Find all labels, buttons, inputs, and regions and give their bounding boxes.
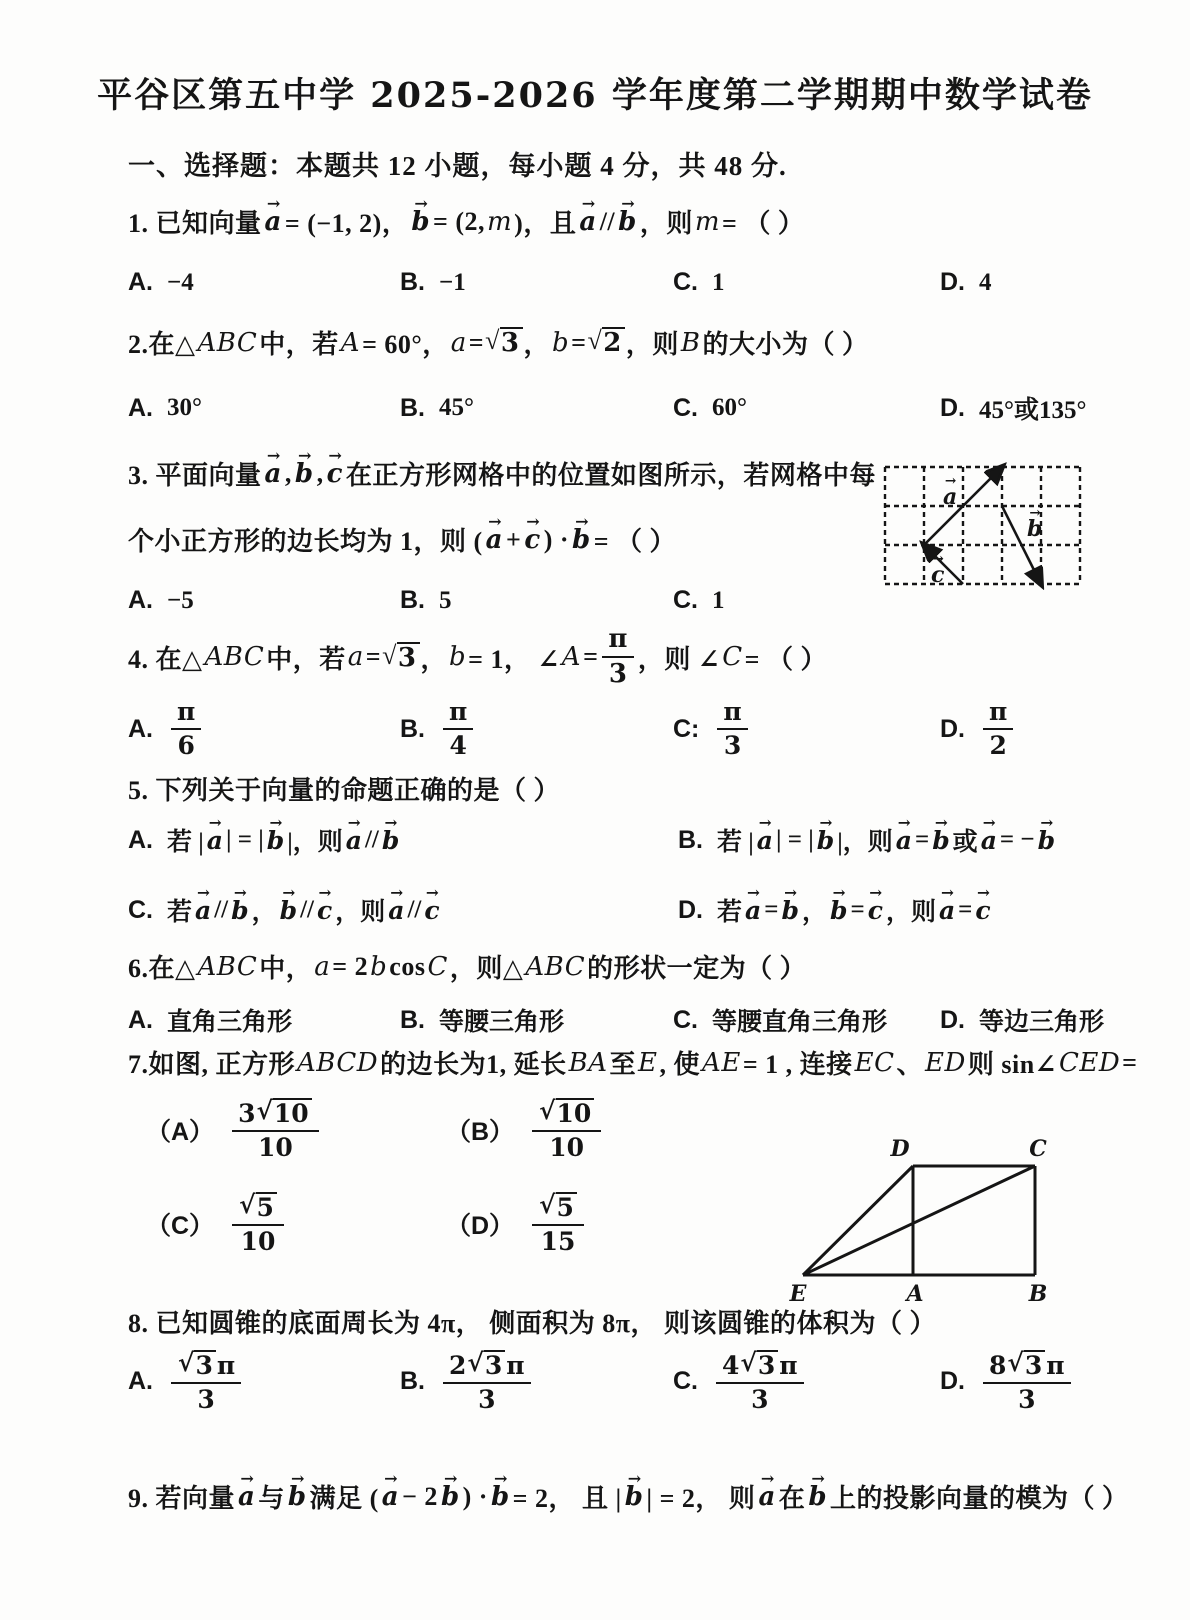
option-value: π6	[167, 698, 205, 760]
option-label: C.	[673, 268, 698, 297]
vector-symbol: c	[521, 525, 543, 555]
option-value: −4	[167, 269, 194, 297]
option-8-b: B.23π3	[400, 1350, 673, 1414]
vector-symbol: b	[228, 896, 251, 925]
fraction: 510	[232, 1192, 284, 1256]
vector-symbol: c	[314, 896, 335, 925]
option-label: D.	[940, 1006, 965, 1035]
option-value: 若 a = b， b = c，则 a = c	[717, 892, 994, 928]
sqrt-symbol: 3	[485, 327, 522, 358]
question-5-options-row2: C.若 a // b， b // c，则 a // c D.若 a = b， b…	[128, 892, 1128, 928]
option-value: 45°	[439, 394, 474, 422]
option-2-b: B.45°	[400, 390, 673, 426]
fraction: 31010	[232, 1098, 319, 1162]
option-label: D.	[678, 896, 703, 925]
option-label: C.	[673, 394, 698, 423]
vector-symbol: c	[865, 896, 886, 925]
option-label: B.	[400, 1367, 425, 1396]
option-value: 直角三角形	[167, 1002, 292, 1038]
vector-symbol: a	[262, 459, 285, 489]
option-value: 若 a // b， b // c，则 a // c	[167, 892, 443, 928]
option-value: 5	[439, 587, 452, 615]
option-label: B.	[400, 586, 425, 615]
option-value: 等边三角形	[979, 1002, 1104, 1038]
question-3-stem-line2: 个小正方形的边长均为 1，则 (a + c) · b = （ ）	[128, 521, 676, 558]
fraction: π3	[717, 698, 747, 760]
option-8-c: C.43π3	[673, 1350, 940, 1414]
option-value: −5	[167, 587, 194, 615]
option-label: A.	[128, 586, 153, 615]
option-4-b: B.π4	[400, 698, 673, 760]
vector-symbol: b	[778, 896, 801, 925]
option-7-d: （D）515	[446, 1192, 766, 1256]
option-label: A.	[128, 1367, 153, 1396]
option-7-c: （C）510	[146, 1192, 446, 1256]
option-value: 31010	[228, 1098, 323, 1162]
option-value: 83π3	[979, 1350, 1075, 1414]
option-value: π2	[979, 698, 1017, 760]
square-figure: D C E A B	[768, 1098, 1068, 1308]
option-label: C.	[673, 586, 698, 615]
vector-symbol: b	[408, 207, 433, 237]
fraction: 43π3	[716, 1350, 804, 1414]
vector-symbol: b	[827, 896, 850, 925]
exam-title: 平谷区第五中学 2025-2026 学年度第二学期期中数学试卷	[0, 68, 1190, 118]
option-label: （C）	[146, 1206, 214, 1242]
option-label: A.	[128, 268, 153, 297]
option-6-a: A.直角三角形	[128, 1002, 400, 1038]
exam-page: 平谷区第五中学 2025-2026 学年度第二学期期中数学试卷 一、选择题：本题…	[0, 0, 1190, 1620]
option-1-c: C.1	[673, 268, 940, 297]
vector-symbol: a	[204, 826, 226, 855]
fraction: π4	[443, 698, 473, 760]
option-label: C.	[128, 896, 153, 925]
vector-symbol: b	[805, 1482, 830, 1512]
vector-symbol: a	[192, 896, 214, 925]
option-label: A.	[128, 394, 153, 423]
fraction: 3π3	[171, 1350, 241, 1414]
option-5-a: A.若 |a| = |b|，则 a // b	[128, 822, 678, 858]
question-2-stem: 2.在△ABC 中，若 A = 60°， a = 3， b = 2，则 B 的大…	[128, 324, 869, 361]
option-label: B.	[400, 715, 425, 744]
option-value: 4	[979, 269, 992, 297]
question-1-stem: 1. 已知向量 a = (−1, 2)， b = (2, m)，且 a // b…	[128, 203, 804, 240]
option-7-b: （B）1010	[446, 1098, 766, 1162]
fraction: π2	[983, 698, 1013, 760]
option-3-b: B.5	[400, 586, 673, 615]
sqrt-symbol: 10	[539, 1098, 594, 1128]
question-7-stem: 7.如图, 正方形 ABCD 的边长为1, 延长 BA 至 E , 使 AE =…	[128, 1044, 1138, 1081]
question-3-stem-line1: 3. 平面向量 a,b,c 在正方形网格中的位置如图所示，若网格中每	[128, 455, 876, 492]
option-label: A.	[128, 715, 153, 744]
option-3-a: A.−5	[128, 586, 400, 615]
option-value: 1010	[528, 1098, 605, 1162]
question-8-options: A.3π3 B.23π3 C.43π3 D.83π3	[128, 1350, 1128, 1414]
option-8-a: A.3π3	[128, 1350, 400, 1414]
vector-symbol: b	[1035, 826, 1058, 855]
vertex-label-b: B	[1028, 1281, 1048, 1307]
option-value: 30°	[167, 394, 202, 422]
vector-symbol: b	[264, 826, 287, 855]
option-label: A.	[128, 1006, 153, 1035]
section-heading: 一、选择题：本题共 12 小题，每小题 4 分，共 48 分.	[128, 144, 787, 183]
option-4-d: D.π2	[940, 698, 1128, 760]
vector-symbol: b	[622, 1482, 647, 1512]
question-4-options: A.π6 B.π4 C:π3 D.π2	[128, 698, 1128, 760]
vector-symbol: a	[483, 525, 506, 555]
vector-symbol: b	[929, 826, 952, 855]
option-2-a: A.30°	[128, 390, 400, 426]
option-label: D.	[940, 1367, 965, 1396]
option-label: C.	[673, 1367, 698, 1396]
sqrt-symbol: 3	[178, 1350, 216, 1380]
option-6-b: B.等腰三角形	[400, 1002, 673, 1038]
option-label: D.	[940, 268, 965, 297]
option-label: （A）	[146, 1112, 214, 1148]
question-1-options: A.−4 B.−1 C.1 D.4	[128, 268, 1128, 297]
option-value: π3	[713, 698, 751, 760]
vector-symbol: b	[379, 826, 402, 855]
vector-symbol: c	[421, 896, 442, 925]
vector-symbol: a	[936, 896, 958, 925]
option-label: B.	[400, 268, 425, 297]
vector-symbol: a	[754, 826, 776, 855]
option-1-b: B.−1	[400, 268, 673, 297]
option-value: 23π3	[439, 1350, 535, 1414]
vector-symbol: c	[972, 896, 993, 925]
option-value: 45°或135°	[979, 390, 1087, 426]
question-7-options-row1: （A）31010 （B）1010	[128, 1098, 766, 1162]
option-label: A.	[128, 826, 153, 855]
vector-symbol: a	[235, 1482, 258, 1512]
vector-symbol: a	[978, 826, 1000, 855]
option-4-a: A.π6	[128, 698, 400, 760]
option-label: （D）	[446, 1206, 514, 1242]
vector-symbol: b	[292, 459, 317, 489]
vector-grid-svg	[878, 460, 1090, 594]
option-5-b: B.若 |a| = |b|，则 a = b 或 a = −b	[678, 822, 1128, 858]
grid-vector-label-c: c	[928, 562, 947, 588]
option-1-a: A.−4	[128, 268, 400, 297]
option-value: 3π3	[167, 1350, 245, 1414]
vector-symbol: b	[285, 1482, 310, 1512]
question-2-options: A.30° B.45° C.60° D.45°或135°	[128, 390, 1128, 426]
vector-symbol: b	[569, 525, 594, 555]
option-4-c: C:π3	[673, 698, 940, 760]
option-label: B.	[400, 1006, 425, 1035]
vector-symbol: a	[343, 826, 365, 855]
fraction: 1010	[532, 1098, 601, 1162]
sqrt-symbol: 3	[1007, 1350, 1045, 1380]
question-7-options-row2: （C）510 （D）515	[128, 1192, 766, 1256]
option-6-c: C.等腰直角三角形	[673, 1002, 940, 1038]
option-value: 1	[712, 269, 725, 297]
option-label: D.	[940, 394, 965, 423]
option-value: −1	[439, 269, 466, 297]
vector-symbol: a	[379, 1482, 402, 1512]
option-label: B.	[678, 826, 703, 855]
option-8-d: D.83π3	[940, 1350, 1128, 1414]
vector-symbol: a	[893, 826, 915, 855]
vector-symbol: a	[576, 207, 599, 237]
sqrt-symbol: 5	[539, 1192, 577, 1222]
question-9-stem: 9. 若向量 a 与 b 满足 (a − 2b) · b = 2， 且 |b| …	[128, 1478, 1129, 1515]
option-value: 若 |a| = |b|，则 a // b	[167, 822, 402, 858]
vector-grid-figure: abc	[878, 460, 1090, 594]
sqrt-symbol: 2	[588, 327, 625, 358]
fraction: 23π3	[443, 1350, 531, 1414]
question-5-options-row1: A.若 |a| = |b|，则 a // b B.若 |a| = |b|，则 a…	[128, 822, 1128, 858]
vector-symbol: b	[438, 1482, 463, 1512]
fraction: π3	[602, 625, 634, 689]
vector-symbol: a	[262, 207, 285, 237]
question-6-stem: 6.在△ ABC 中， a = 2bcosC，则△ ABC 的形状一定为（ ）	[128, 948, 806, 985]
option-value: 515	[528, 1192, 588, 1256]
vector-symbol: a	[755, 1482, 778, 1512]
option-value: 60°	[712, 394, 747, 422]
option-value: 1	[712, 587, 725, 615]
option-value: 等腰三角形	[439, 1002, 564, 1038]
option-label: C.	[673, 1006, 698, 1035]
vertex-label-c: C	[1029, 1136, 1047, 1162]
option-2-c: C.60°	[673, 390, 940, 426]
option-2-d: D.45°或135°	[940, 390, 1128, 426]
option-label: B.	[400, 394, 425, 423]
option-5-d: D.若 a = b， b = c，则 a = c	[678, 892, 1128, 928]
sqrt-symbol: 3	[740, 1350, 778, 1380]
fraction: 83π3	[983, 1350, 1071, 1414]
grid-vector-label-b: b	[1024, 516, 1045, 542]
option-label: （B）	[446, 1112, 514, 1148]
option-7-a: （A）31010	[146, 1098, 446, 1162]
option-value: 等腰直角三角形	[712, 1002, 887, 1038]
square-figure-svg: D C E A B	[768, 1098, 1068, 1308]
vector-symbol: a	[742, 896, 764, 925]
vector-symbol: b	[615, 207, 640, 237]
question-8-stem: 8. 已知圆锥的底面周长为 4π， 侧面积为 8π， 则该圆锥的体积为（ ）	[128, 1303, 936, 1340]
option-label: D.	[940, 715, 965, 744]
vector-symbol: b	[814, 826, 837, 855]
option-1-d: D.4	[940, 268, 1128, 297]
option-value: 若 |a| = |b|，则 a = b 或 a = −b	[717, 822, 1058, 858]
option-6-d: D.等边三角形	[940, 1002, 1128, 1038]
option-label: C:	[673, 715, 699, 744]
vector-symbol: b	[277, 896, 300, 925]
option-5-c: C.若 a // b， b // c，则 a // c	[128, 892, 678, 928]
fraction: π6	[171, 698, 201, 760]
grid-vector-label-a: a	[940, 484, 960, 510]
sqrt-symbol: 3	[467, 1350, 505, 1380]
option-value: π4	[439, 698, 477, 760]
question-5-stem: 5. 下列关于向量的命题正确的是（ ）	[128, 770, 560, 807]
vector-symbol: c	[324, 459, 346, 489]
question-4-stem: 4. 在△ABC 中，若 a = 3， b = 1， ∠A = π3，则 ∠C …	[128, 622, 827, 692]
vector-symbol: a	[385, 896, 407, 925]
sqrt-symbol: 5	[239, 1192, 277, 1222]
question-6-options: A.直角三角形 B.等腰三角形 C.等腰直角三角形 D.等边三角形	[128, 1002, 1128, 1038]
sqrt-symbol: 10	[256, 1098, 311, 1128]
vector-symbol: b	[488, 1482, 513, 1512]
fraction: 515	[532, 1192, 584, 1256]
option-value: 510	[228, 1192, 288, 1256]
sqrt-symbol: 3	[382, 642, 419, 673]
vertex-label-d: D	[889, 1136, 909, 1162]
option-value: 43π3	[712, 1350, 808, 1414]
